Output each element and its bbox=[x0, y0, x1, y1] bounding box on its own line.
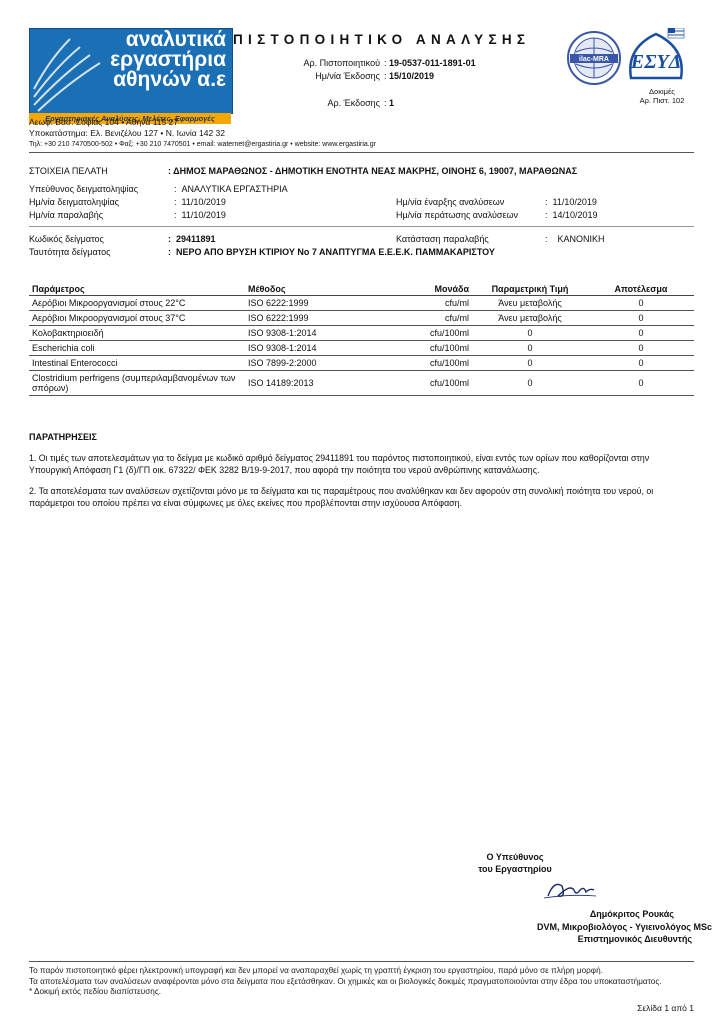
parametric-value-cell: Άνευ μεταβολής bbox=[472, 311, 588, 326]
col-unit: Μονάδα bbox=[381, 282, 472, 296]
signature-image bbox=[540, 876, 600, 904]
parameter-cell: Αερόβιοι Μικροοργανισμοί στους 37°C bbox=[29, 311, 245, 326]
issue-date-label: Ημ/νία Έκδοσης bbox=[280, 71, 380, 81]
unit-cell: cfu/100ml bbox=[381, 371, 472, 396]
company-address: Λεωφ. Βασ. Σοφίας 104 • Αθήνα 115 27 Υπο… bbox=[29, 117, 376, 150]
parametric-value-cell: Άνευ μεταβολής bbox=[472, 296, 588, 311]
divider bbox=[29, 961, 694, 962]
method-cell: ISO 14189:2013 bbox=[245, 371, 381, 396]
result-cell: 0 bbox=[588, 311, 694, 326]
sampling-responsible-label: Υπεύθυνος δειγματοληψίας bbox=[29, 184, 138, 194]
parametric-value-cell: 0 bbox=[472, 371, 588, 396]
result-cell: 0 bbox=[588, 356, 694, 371]
receipt-status-label: Κατάσταση παραλαβής bbox=[396, 234, 489, 244]
svg-text:ilac-MRA: ilac-MRA bbox=[579, 56, 609, 63]
logo-line-2: εργαστήρια bbox=[110, 50, 226, 70]
sample-code-label: Κωδικός δείγματος bbox=[29, 234, 104, 244]
cert-no: 19-0537-011-1891-01 bbox=[389, 58, 476, 68]
unit-cell: cfu/100ml bbox=[381, 326, 472, 341]
table-row: Escherichia coliISO 9308-1:2014cfu/100ml… bbox=[29, 341, 694, 356]
sample-id-label: Ταυτότητα δείγματος bbox=[29, 247, 110, 257]
signatory-role: Ο Υπεύθυνος bbox=[420, 851, 610, 863]
result-cell: 0 bbox=[588, 341, 694, 356]
col-parameter: Παράμετρος bbox=[29, 282, 245, 296]
signatory-title: DVM, Μικροβιολόγος - Υγιεινολόγος MSc bbox=[420, 921, 712, 934]
document-title: ΠΙΣΤΟΠΟΙΗΤΙΚΟ ΑΝΑΛΥΣΗΣ bbox=[233, 32, 530, 47]
method-cell: ISO 6222:1999 bbox=[245, 311, 381, 326]
client-value: ΔΗΜΟΣ ΜΑΡΑΘΩΝΟΣ - ΔΗΜΟΤΙΚΗ ΕΝΟΤΗΤΑ ΝΕΑΣ … bbox=[173, 166, 577, 176]
col-result: Αποτέλεσμα bbox=[588, 282, 694, 296]
col-method: Μέθοδος bbox=[245, 282, 381, 296]
result-cell: 0 bbox=[588, 296, 694, 311]
signatory-position: Επιστημονικός Διευθυντής bbox=[420, 933, 712, 946]
analysis-start: 11/10/2019 bbox=[553, 197, 597, 207]
cert-no-label: Αρ. Πιστοποιητικού bbox=[280, 58, 380, 68]
edition: 1 bbox=[389, 98, 394, 108]
sampling-date: 11/10/2019 bbox=[182, 197, 226, 207]
analysis-end-label: Ημ/νία περάτωσης αναλύσεων bbox=[396, 210, 518, 220]
table-row: Αερόβιοι Μικροοργανισμοί στους 37°CISO 6… bbox=[29, 311, 694, 326]
results-table: Παράμετρος Μέθοδος Μονάδα Παραμετρική Τι… bbox=[29, 282, 694, 396]
receipt-date: 11/10/2019 bbox=[182, 210, 226, 220]
footer-notes: Το παρόν πιστοποιητικό φέρει ηλεκτρονική… bbox=[29, 966, 662, 998]
parametric-value-cell: 0 bbox=[472, 326, 588, 341]
parameter-cell: Intestinal Enterococci bbox=[29, 356, 245, 371]
accreditation-caption: Δοκιμές bbox=[626, 87, 698, 96]
col-parametric-value: Παραμετρική Τιμή bbox=[472, 282, 588, 296]
method-cell: ISO 7899-2:2000 bbox=[245, 356, 381, 371]
receipt-date-label: Ημ/νία παραλαβής bbox=[29, 210, 103, 220]
esyd-icon: EΣYΔ bbox=[626, 28, 686, 86]
unit-cell: cfu/100ml bbox=[381, 356, 472, 371]
analysis-end: 14/10/2019 bbox=[553, 210, 598, 220]
notes-list: 1. Οι τιμές των αποτελεσμάτων για το δεί… bbox=[29, 452, 693, 518]
table-header-row: Παράμετρος Μέθοδος Μονάδα Παραμετρική Τι… bbox=[29, 282, 694, 296]
page-number: Σελίδα 1 από 1 bbox=[560, 1003, 694, 1013]
table-row: Clostridium perfrigens (συμπεριλαμβανομέ… bbox=[29, 371, 694, 396]
sample-code: 29411891 bbox=[176, 234, 216, 244]
client-label: ΣΤΟΙΧΕΙΑ ΠΕΛΑΤΗ bbox=[29, 166, 108, 176]
logo-line-1: αναλυτικά bbox=[110, 30, 226, 50]
signatory-name: Δημόκριτος Ρουκάς bbox=[420, 908, 712, 921]
notes-title: ΠΑΡΑΤΗΡΗΣΕΙΣ bbox=[29, 432, 97, 442]
parametric-value-cell: 0 bbox=[472, 341, 588, 356]
esyd-logo: EΣYΔ bbox=[626, 28, 686, 86]
logo-line-3: αθηνών α.ε bbox=[110, 70, 226, 90]
method-cell: ISO 6222:1999 bbox=[245, 296, 381, 311]
company-logo: αναλυτικά εργαστήρια αθηνών α.ε bbox=[29, 28, 233, 114]
table-row: Αερόβιοι Μικροοργανισμοί στους 22°CISO 6… bbox=[29, 296, 694, 311]
result-cell: 0 bbox=[588, 326, 694, 341]
sample-id: ΝΕΡΟ ΑΠΟ ΒΡΥΣΗ ΚΤΙΡΙΟΥ Νο 7 ΑΝΑΠΤΥΓΜΑ Ε.… bbox=[176, 247, 495, 257]
ilac-mra-icon: ilac-MRA bbox=[566, 30, 622, 86]
method-cell: ISO 9308-1:2014 bbox=[245, 326, 381, 341]
table-row: ΚολοβακτηριοειδήISO 9308-1:2014cfu/100ml… bbox=[29, 326, 694, 341]
parameter-cell: Κολοβακτηριοειδή bbox=[29, 326, 245, 341]
method-cell: ISO 9308-1:2014 bbox=[245, 341, 381, 356]
result-cell: 0 bbox=[588, 371, 694, 396]
sampling-date-label: Ημ/νία δειγματοληψίας bbox=[29, 197, 119, 207]
parameter-cell: Escherichia coli bbox=[29, 341, 245, 356]
note-item: 2. Τα αποτελέσματα των αναλύσεων σχετίζο… bbox=[29, 485, 693, 509]
accreditation-number: Αρ. Πιστ. 102 bbox=[626, 96, 698, 105]
signature-icon bbox=[540, 876, 600, 904]
sampling-responsible: ΑΝΑΛΥΤΙΚΑ ΕΡΓΑΣΤΗΡΙΑ bbox=[182, 184, 288, 194]
divider bbox=[29, 152, 694, 153]
analysis-start-label: Ημ/νία έναρξης αναλύσεων bbox=[396, 197, 504, 207]
issue-date: 15/10/2019 bbox=[389, 71, 434, 81]
note-item: 1. Οι τιμές των αποτελεσμάτων για το δεί… bbox=[29, 452, 693, 476]
divider bbox=[29, 226, 694, 227]
signatory-role-2: του Εργαστηρίου bbox=[420, 863, 610, 875]
unit-cell: cfu/ml bbox=[381, 296, 472, 311]
edition-label: Αρ. Έκδοσης bbox=[280, 98, 380, 108]
parameter-cell: Clostridium perfrigens (συμπεριλαμβανομέ… bbox=[29, 371, 245, 396]
unit-cell: cfu/ml bbox=[381, 311, 472, 326]
unit-cell: cfu/100ml bbox=[381, 341, 472, 356]
svg-text:EΣYΔ: EΣYΔ bbox=[630, 51, 681, 73]
table-row: Intestinal EnterococciISO 7899-2:2000cfu… bbox=[29, 356, 694, 371]
parameter-cell: Αερόβιοι Μικροοργανισμοί στους 22°C bbox=[29, 296, 245, 311]
parametric-value-cell: 0 bbox=[472, 356, 588, 371]
receipt-status: ΚΑΝΟΝΙΚΗ bbox=[558, 234, 605, 244]
ilac-mra-logo: ilac-MRA bbox=[566, 30, 622, 86]
